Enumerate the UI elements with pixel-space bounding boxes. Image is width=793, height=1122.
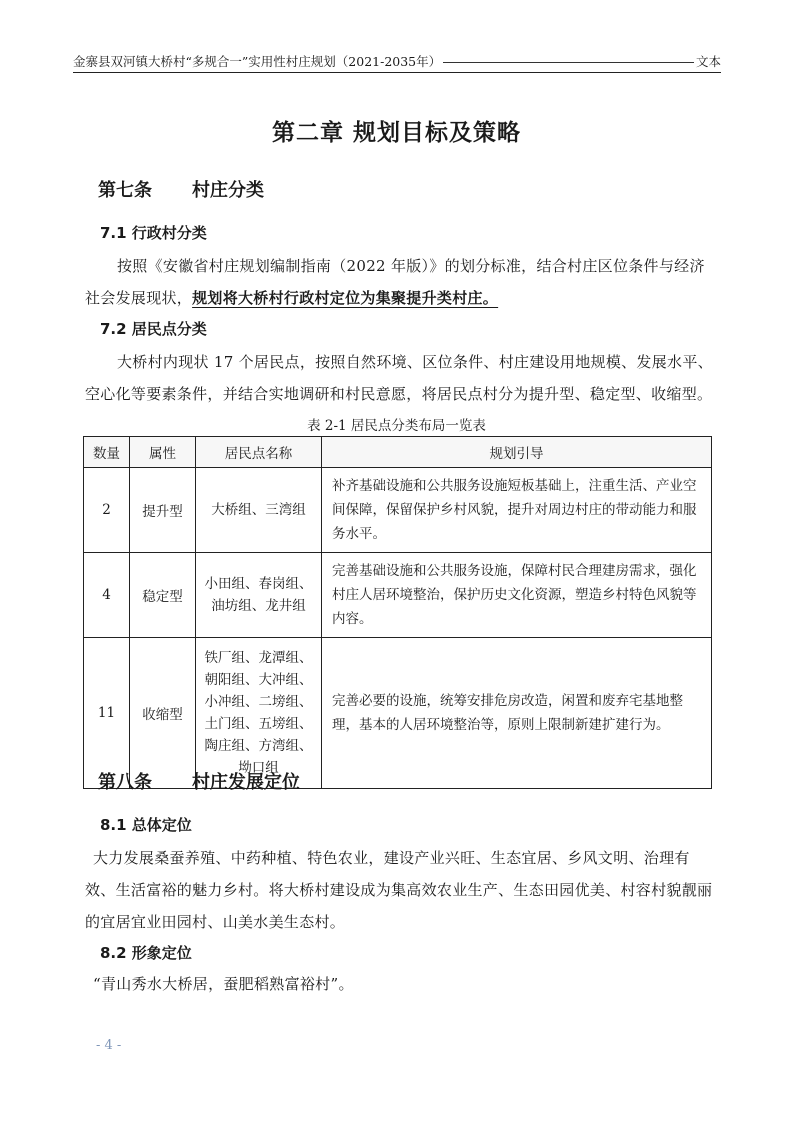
section-7-1-paragraph: 按照《安徽省村庄规划编制指南（2022 年版）》的划分标准，结合村庄区位条件与经… xyxy=(85,250,715,314)
cell-guide: 完善必要的设施，统筹安排危房改造，闲置和废弃宅基地整理，基本的人居环境整治等，原… xyxy=(322,638,712,789)
column-header-count: 数量 xyxy=(84,437,130,468)
section-8-2-heading: 8.2 形象定位 xyxy=(100,942,192,963)
cell-count: 11 xyxy=(84,638,130,789)
article-number: 第八条 xyxy=(98,772,152,793)
cell-names: 小田组、春岗组、油坊组、龙井组 xyxy=(196,553,322,638)
table-caption: 表 2-1 居民点分类布局一览表 xyxy=(0,414,793,434)
article-number: 第七条 xyxy=(98,180,152,201)
cell-guide: 完善基础设施和公共服务设施，保障村民合理建房需求，强化村庄人居环境整治，保护历史… xyxy=(322,553,712,638)
page-number: - 4 - xyxy=(96,1038,121,1053)
table-header-row: 数量 属性 居民点名称 规划引导 xyxy=(84,437,712,468)
header-section-label: 文本 xyxy=(696,52,721,72)
table-row: 4 稳定型 小田组、春岗组、油坊组、龙井组 完善基础设施和公共服务设施，保障村民… xyxy=(84,553,712,638)
section-8-1-heading: 8.1 总体定位 xyxy=(100,814,192,835)
article-8-heading: 第八条村庄发展定位 xyxy=(98,768,300,794)
cell-type: 稳定型 xyxy=(130,553,196,638)
cell-count: 4 xyxy=(84,553,130,638)
paragraph-text: 按照《安徽省村庄规划编制指南（2022 年版）》的划分标准，结合村庄区位条件与经… xyxy=(117,257,705,275)
column-header-type: 属性 xyxy=(130,437,196,468)
cell-names: 大桥组、三湾组 xyxy=(196,468,322,553)
cell-names: 铁厂组、龙潭组、朝阳组、大冲组、小冲组、二塝组、土门组、五塝组、陶庄组、方湾组、… xyxy=(196,638,322,789)
table-row: 11 收缩型 铁厂组、龙潭组、朝阳组、大冲组、小冲组、二塝组、土门组、五塝组、陶… xyxy=(84,638,712,789)
column-header-names: 居民点名称 xyxy=(196,437,322,468)
cell-count: 2 xyxy=(84,468,130,553)
settlement-classification-table: 数量 属性 居民点名称 规划引导 2 提升型 大桥组、三湾组 补齐基础设施和公共… xyxy=(83,436,712,789)
section-7-2-heading: 7.2 居民点分类 xyxy=(100,318,207,339)
section-8-2-paragraph: “青山秀水大桥居，蚕肥稻熟富裕村”。 xyxy=(85,968,715,1000)
emphasized-conclusion: 规划将大桥村行政村定位为集聚提升类村庄。 xyxy=(192,289,498,307)
cell-type: 收缩型 xyxy=(130,638,196,789)
section-7-2-paragraph: 大桥村内现状 17 个居民点，按照自然环境、区位条件、村庄建设用地规模、发展水平… xyxy=(85,346,715,410)
header-dash-line xyxy=(443,52,694,63)
section-7-1-heading: 7.1 行政村分类 xyxy=(100,222,207,243)
table-row: 2 提升型 大桥组、三湾组 补齐基础设施和公共服务设施短板基础上，注重生活、产业… xyxy=(84,468,712,553)
article-7-heading: 第七条村庄分类 xyxy=(98,176,264,202)
cell-type: 提升型 xyxy=(130,468,196,553)
document-title: 金寨县双河镇大桥村“多规合一”实用性村庄规划（2021-2035年） xyxy=(73,52,441,72)
running-header: 金寨县双河镇大桥村“多规合一”实用性村庄规划（2021-2035年） 文本 xyxy=(73,52,721,73)
article-title: 村庄发展定位 xyxy=(192,772,300,793)
paragraph-text: 社会发展现状， xyxy=(85,289,192,307)
section-8-1-paragraph: 大力发展桑蚕养殖、中药种植、特色农业，建设产业兴旺、生态宜居、乡风文明、治理有效… xyxy=(85,842,715,938)
cell-guide: 补齐基础设施和公共服务设施短板基础上，注重生活、产业空间保障，保留保护乡村风貌，… xyxy=(322,468,712,553)
column-header-guide: 规划引导 xyxy=(322,437,712,468)
chapter-title: 第二章 规划目标及策略 xyxy=(0,114,793,147)
article-title: 村庄分类 xyxy=(192,180,264,201)
